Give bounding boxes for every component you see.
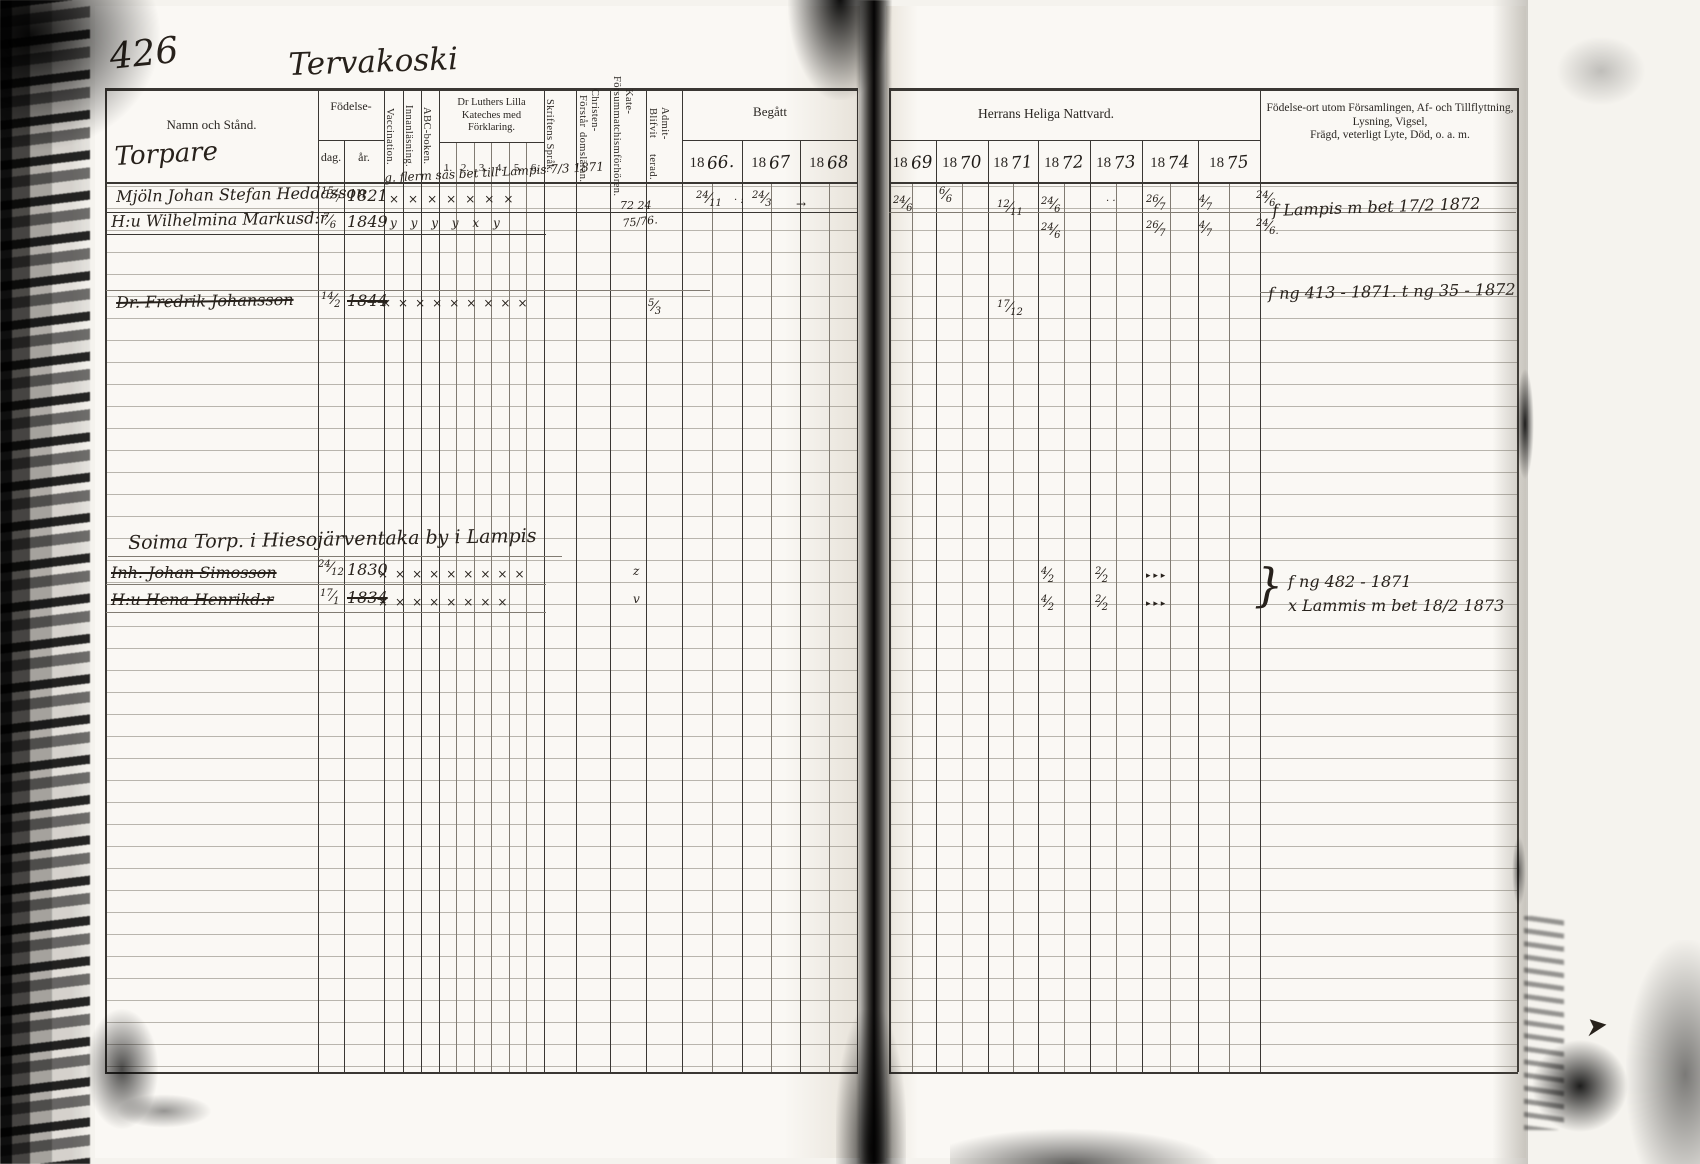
year-header-1874: 18 74 <box>1142 146 1198 180</box>
col-header-missed: Försummat Kate- chismförhören. <box>610 92 646 180</box>
year-written: 67 <box>768 152 791 174</box>
year-printed: 18 <box>1209 155 1224 172</box>
col-header-vaccination: Vaccination. <box>384 92 403 180</box>
entry-mark: v <box>633 593 640 605</box>
year-written: 68 <box>826 152 849 174</box>
year-header-1872: 18 72 <box>1038 146 1090 180</box>
entry-date: 24⁄3 <box>752 190 771 209</box>
entry-marks: ××××××××× <box>378 568 532 580</box>
year-printed: 18 <box>751 155 766 172</box>
entry-date: 4⁄7 <box>1199 194 1212 213</box>
entry-marks: ××××××× <box>389 193 522 205</box>
entry-date: 24⁄6 <box>1041 196 1060 215</box>
year-printed: 18 <box>942 155 957 172</box>
entry-marks: ▸ ▸ ▸ <box>1146 572 1165 581</box>
rule-line <box>889 88 1518 91</box>
scan-mark: ➤ <box>1582 1012 1608 1041</box>
rule-line <box>1517 88 1519 1072</box>
year-written: 71 <box>1010 152 1033 174</box>
entry-name: Inh. Johan Simosson <box>111 565 277 581</box>
year-printed: 18 <box>689 155 704 172</box>
scan-edge-artifact <box>1530 1038 1630 1134</box>
entry-date: 4⁄7 <box>1199 220 1212 239</box>
year-printed: 18 <box>1096 155 1111 172</box>
rule-line <box>936 140 937 1072</box>
entry-date: 24⁄6 <box>1041 222 1060 241</box>
col-header-abc-book: ABC-boken. <box>421 92 439 180</box>
rule-line <box>1142 140 1143 1072</box>
entry-note: 72 24 <box>620 200 652 211</box>
year-written: 66. <box>707 152 736 174</box>
scan-edge-artifact <box>1626 940 1700 1164</box>
rule-line <box>105 88 858 91</box>
col-header-notes-line1: Födelse-ort utom Församlingen, Af- och T… <box>1262 108 1518 124</box>
rule-line <box>682 88 683 1072</box>
entry-birth-year: 1849 <box>347 214 388 230</box>
rule-line <box>1198 140 1199 1072</box>
col-header-admitted: Blifvit Admit- terad. <box>646 92 682 180</box>
rule-line <box>682 140 858 141</box>
year-printed: 18 <box>1044 155 1059 172</box>
year-header-1871: 18 71 <box>988 146 1038 180</box>
entry-mark: · : <box>734 196 744 206</box>
rule-line <box>108 556 562 557</box>
rule-line <box>526 142 527 1072</box>
rule-line <box>318 140 384 141</box>
rule-line <box>962 182 963 1072</box>
col-header-birth-year: år. <box>344 146 384 168</box>
col-header-admitted-line2: terad. <box>646 154 682 180</box>
entry-note: x Lammis m bet 18/2 1873 <box>1288 598 1504 614</box>
col-header-understands-line1: Förstår Christen- <box>576 89 610 132</box>
book-binding <box>856 0 892 1164</box>
entry-date: 17⁄12 <box>997 299 1023 318</box>
rule-line <box>1170 182 1171 1072</box>
year-printed: 18 <box>893 155 908 172</box>
col-header-begatt: Begått <box>682 102 858 122</box>
scan-edge-artifact <box>1556 36 1646 106</box>
year-printed: 18 <box>993 155 1008 172</box>
entry-mark: · · <box>1106 197 1116 207</box>
entry-date: 26⁄7 <box>1146 220 1165 239</box>
page-number: 426 <box>108 33 180 76</box>
entry-birth-year: 1821 <box>347 188 388 204</box>
entry-date: 4⁄2 <box>1041 566 1054 585</box>
entry-mark: → <box>796 198 806 210</box>
rule-line <box>1038 140 1039 1072</box>
entry-birth-day: 17⁄1 <box>320 588 339 607</box>
rule-line <box>988 140 989 1072</box>
rule-line <box>106 584 546 585</box>
year-written: 70 <box>959 152 982 174</box>
col-header-communion: Herrans Heliga Nattvard. <box>896 104 1196 124</box>
rule-line <box>829 182 830 1072</box>
entry-birth-day: 15⁄7 <box>321 186 340 205</box>
entry-note: f ng 413 - 1871. t ng 35 - 1872 <box>1268 282 1516 302</box>
rule-line <box>318 88 319 1072</box>
section-heading-torpare: Torpare <box>114 139 219 170</box>
rule-line <box>1064 182 1065 1072</box>
entry-date: 4⁄2 <box>1041 594 1054 613</box>
rule-line <box>889 140 1260 141</box>
year-header-1875: 18 75 <box>1198 146 1260 180</box>
entry-date: 26⁄7 <box>1146 194 1165 213</box>
entry-date: 2⁄2 <box>1095 594 1108 613</box>
col-header-birth: Födelse- <box>318 96 384 116</box>
entry-marks: y y y y x y <box>390 217 505 229</box>
entry-date: 2⁄2 <box>1095 566 1108 585</box>
entry-marks: ××××××××× <box>381 297 535 309</box>
rule-line <box>1116 182 1117 1072</box>
rule-line <box>646 88 647 1072</box>
rule-line <box>1090 140 1091 1072</box>
rule-line <box>105 182 858 184</box>
rule-line <box>344 140 345 1072</box>
year-written: 74 <box>1167 152 1190 174</box>
rule-line <box>912 182 913 1072</box>
rule-line <box>889 1072 1518 1074</box>
year-header-1866: 18 66. <box>682 146 742 180</box>
year-header-1873: 18 73 <box>1090 146 1142 180</box>
entry-mark: 5⁄3 <box>648 298 661 317</box>
entry-date: 24⁄6 <box>893 195 912 214</box>
entry-date: 12⁄11 <box>997 199 1023 218</box>
col-header-admitted-line1: Blifvit Admit- <box>646 92 682 154</box>
entry-name: H:u Wilhelmina Markusd:r <box>111 210 328 230</box>
rule-line <box>1229 182 1230 1072</box>
rule-line <box>106 612 546 613</box>
rule-line <box>105 1072 858 1074</box>
entry-mark: z <box>633 565 639 577</box>
col-header-understands-line2: domsläran. <box>576 132 610 182</box>
entry-date: 24⁄6. <box>1256 218 1279 237</box>
rule-line <box>889 182 1518 184</box>
row-rules-right <box>889 186 1517 1072</box>
col-header-name: Namn och Stånd. <box>105 112 318 138</box>
entry-note: 75/76. <box>622 214 658 229</box>
entry-marks: ×××××××× <box>378 596 514 608</box>
entry-date: 6⁄6 <box>939 186 952 205</box>
rule-line <box>105 88 107 1072</box>
col-header-catechism: Dr Luthers Lilla Kateches med Förklaring… <box>441 92 542 140</box>
entry-birth-day: 14⁄2 <box>321 291 340 310</box>
col-header-reading: Innanläsning. <box>403 92 421 180</box>
rule-line <box>439 142 544 143</box>
entry-note: f ng 482 - 1871 <box>1288 574 1411 590</box>
entry-brace: } <box>1254 562 1283 608</box>
entry-name: Dr. Fredrik Johansson <box>116 292 294 311</box>
year-header-1867: 18 67 <box>742 146 800 180</box>
col-header-notes-line2: Frägd, veterligt Lyte, Död, o. a. m. <box>1262 128 1518 144</box>
rule-line <box>771 182 772 1072</box>
rule-line <box>742 140 743 1072</box>
rule-line <box>106 234 546 235</box>
rule-line <box>576 88 577 1072</box>
entry-birth-day: 7⁄6 <box>323 212 336 231</box>
scan-edge-artifact <box>1524 916 1564 1130</box>
rule-line <box>800 140 801 1072</box>
year-written: 69 <box>910 152 933 174</box>
scan-edge-artifact <box>0 0 90 1164</box>
col-header-birth-day: dag. <box>318 146 344 168</box>
entry-marks: ▸ ▸ ▸ <box>1146 600 1165 609</box>
year-printed: 18 <box>809 155 824 172</box>
entry-name: H:u Hena Henrikd:r <box>111 592 274 608</box>
col-header-missed-line2: chismförhören. <box>610 127 646 196</box>
entry-date: 24⁄11 <box>696 190 722 209</box>
entry-birth-day: 24⁄12 <box>318 559 344 578</box>
page-title: Tervakoski <box>288 44 458 81</box>
row-rules-left <box>106 186 857 1072</box>
rule-line <box>712 182 713 1072</box>
year-header-1869: 18 69 <box>889 146 936 180</box>
year-written: 72 <box>1061 152 1084 174</box>
year-written: 75 <box>1226 152 1249 174</box>
year-printed: 18 <box>1150 155 1165 172</box>
year-header-1870: 18 70 <box>936 146 988 180</box>
church-record-scan: Namn och Stånd. Födelse- dag. år. Vaccin… <box>0 0 1700 1164</box>
col-header-missed-line1: Försummat Kate- <box>610 76 646 127</box>
rule-line <box>544 88 545 1072</box>
year-written: 73 <box>1113 152 1136 174</box>
rule-line <box>610 88 611 1072</box>
year-header-1868: 18 68 <box>800 146 858 180</box>
